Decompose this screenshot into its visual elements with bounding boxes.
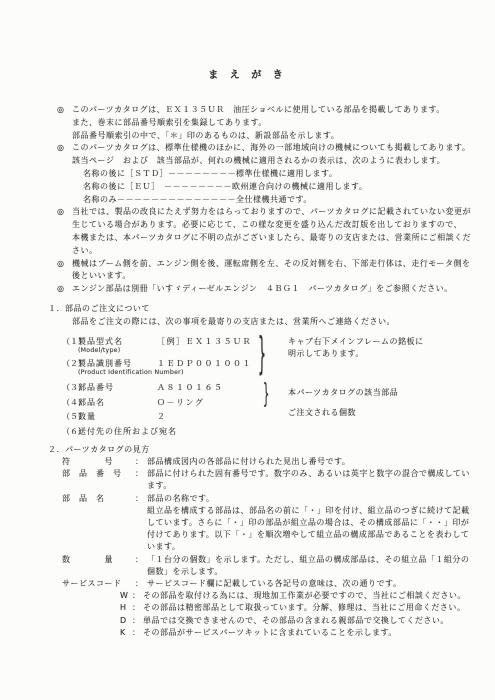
brace-rows-1-2: } <box>258 334 266 377</box>
preface-line: さい。 <box>72 245 479 258</box>
term-label: サービスコード <box>62 578 135 590</box>
order-row-part-number: （３） 部品番号 Ａ８１０１６５ <box>62 381 479 394</box>
preface-line: 部品番号順索引の中で、「＊」印のあるものは、新設部品を示します。 <box>72 130 479 143</box>
order-example-block: （１） 製品型式名 ［例］ＥＸ１３５ＵＲ (Model/type) （２） 製品… <box>62 335 479 433</box>
preface-line: 名称の後に［ＳＴＤ］－－－－－－－－標準仕様機に適用します。 <box>83 168 479 181</box>
bullet-icon: ◎ <box>57 258 72 284</box>
bullet-icon: ◎ <box>57 206 72 257</box>
definition-row-service-code: サービスコード ： サービスコード欄に記載している各記号の意味は、次の通りです。 <box>62 578 479 590</box>
service-code-letter: H <box>120 602 132 614</box>
definition-row-part-number: 部 品 番 号 ： 部品に付けられた固有番号です。数字のみ、あるいは英字と数字の… <box>62 468 479 480</box>
service-code-row-h: H ： その部品は精密部品として取扱っています。分解、修理は、当社にご用命くださ… <box>120 602 479 614</box>
colon: ： <box>132 602 143 614</box>
order-row-quantity: （５） 数量 ２ <box>62 410 479 423</box>
section1-intro: 部品をご注文の際には、次の事項を最寄りの支店または、営業所へご連絡ください。 <box>72 315 479 328</box>
preface-line: 当社では、製品の改良にたえず努力をはらっておりますので、パーツカタログに記載され… <box>72 206 479 219</box>
item-number: （６） <box>62 425 78 438</box>
preface-line: 本機または、本パーツカタログに不明の点がございましたら、最寄りの支店または、営業… <box>72 232 479 245</box>
term-description: 部品構成図内の各部品に付けられた見出し番号です。 <box>147 456 350 468</box>
item-label-en: (Product Identification Number) <box>78 369 479 378</box>
section1-heading: １．部品のご注文について <box>48 302 479 315</box>
service-code-letter: K <box>120 627 132 639</box>
term-label: 部 品 名 <box>62 493 135 505</box>
quantity-note: ご注文される個数 <box>288 407 356 419</box>
item-label: 送付先の住所および宛名 <box>78 425 157 438</box>
service-code-description: その部品を取付ける為には、現地加工作業が必要ですので、当社にご相談ください。 <box>143 590 466 602</box>
page-title: ま え が き <box>0 66 495 81</box>
term-description-cont: 組立品を構成する部品は、部品名の前に「・」印を付け、組立品のつぎに続けて記載 <box>147 505 479 517</box>
section2-heading: ２．パーツカタログの見方 <box>48 443 479 456</box>
item-number: （５） <box>62 410 78 423</box>
item-value: ２ <box>157 410 167 423</box>
order-row-part-name: （４） 部品名 Ｏ－リング <box>62 396 479 409</box>
preface-line: また、巻末に部品番号順索引を集録してあります。 <box>72 117 479 130</box>
service-code-letter: D <box>120 615 132 627</box>
definition-row-part-name: 部 品 名 ： 部品の名称です。 <box>62 493 479 505</box>
preface-bullet: ◎ このパーツカタログは、ＥＸ１３５ＵＲ 油圧ショベルに使用している部品を掲載し… <box>57 104 479 142</box>
item-value: Ａ８１０１６５ <box>157 381 224 394</box>
service-code-row-k: K ： その部品がサービスパーツキットに含まれていることを示します。 <box>120 627 479 639</box>
definition-row-quantity: 数 量 ： 「１台分の個数」を示します。ただし、組立品の構成部品は、その組立品「… <box>62 554 479 566</box>
preface-line: エンジン部品は別冊「いすゞディーゼルエンジン ４ＢＧ１ パーツカタログ」をご参照… <box>72 283 479 296</box>
item-label-en: (Model/type) <box>78 347 479 356</box>
item-label: 部品番号 <box>78 381 157 394</box>
preface-bullet: ◎ 機械はブーム側を前、エンジン側を後、運転席側を左、その反対側を右、下部走行体… <box>57 258 479 284</box>
item-number: （２） <box>62 357 78 370</box>
definition-row-ref-number: 符 号 ： 部品構成図内の各部品に付けられた見出し番号です。 <box>62 456 479 468</box>
term-description-cont: 付けてあります。以下「・」を順次増やして組立品の構成部品であることを表わして <box>147 529 479 541</box>
colon: ： <box>135 493 147 505</box>
item-number: （１） <box>62 335 78 348</box>
colon: ： <box>135 578 147 590</box>
bullet-icon: ◎ <box>57 283 72 296</box>
term-description: 部品に付けられた固有番号です。数字のみ、あるいは英字と数字の混合で構成してい <box>147 468 470 480</box>
term-label: 符 号 <box>62 456 135 468</box>
preface-bullet: ◎ このパーツカタログは、標準仕様機のほかに、海外の一部地域向けの機械についても… <box>57 142 479 206</box>
term-description-cont: 個数」を示します。 <box>147 566 479 578</box>
preface-section: ◎ このパーツカタログは、ＥＸ１３５ＵＲ 油圧ショベルに使用している部品を掲載し… <box>57 104 479 296</box>
item-label: 部品名 <box>78 396 157 409</box>
colon: ： <box>135 468 147 480</box>
preface-line: 該当ページ および 該当部品が、何れの機械に適用されるかの表示は、次のように表わ… <box>72 155 479 168</box>
brace-rows-3-4: } <box>263 381 269 407</box>
preface-line: 機械はブーム側を前、エンジン側を後、運転席側を左、その反対側を右、下部走行体は、… <box>72 258 479 271</box>
preface-line: 後といいます。 <box>72 270 479 283</box>
colon: ： <box>132 627 143 639</box>
term-label: 部 品 番 号 <box>62 468 135 480</box>
item-value: ［例］ＥＸ１３５ＵＲ <box>157 335 252 348</box>
preface-line: 名称の後に［ＥＵ］ －－－－－－－－欧州連合向けの機械に適用します。 <box>83 181 479 194</box>
service-code-description: 単品では交換できませんので、その部品の含まれる親部品で交換してください。 <box>143 615 449 627</box>
colon: ： <box>132 615 143 627</box>
nameplate-note-line2: 明示してあります。 <box>288 348 364 360</box>
definition-list: 符 号 ： 部品構成図内の各部品に付けられた見出し番号です。 部 品 番 号 ：… <box>57 456 479 639</box>
term-description-cont: います。 <box>147 541 479 553</box>
service-code-row-d: D ： 単品では交換できませんので、その部品の含まれる親部品で交換してください。 <box>120 615 479 627</box>
preface-line: 生じている場合があります。必要に応じて、この様な変更を盛り込んだ改訂版を出してお… <box>72 219 479 232</box>
term-label: 数 量 <box>62 554 135 566</box>
term-description-cont: しています。さらに「・」印の部品が組立品の場合は、その構成部品に「・・」印が <box>147 517 479 529</box>
item-number: （４） <box>62 396 78 409</box>
preface-line: このパーツカタログは、標準仕様機のほかに、海外の一部地域向けの機械についても掲載… <box>72 142 479 155</box>
preface-line: このパーツカタログは、ＥＸ１３５ＵＲ 油圧ショベルに使用している部品を掲載してあ… <box>72 104 479 117</box>
preface-line: 名称のみ－－－－－－－－－－－－－－全仕様機共通です。 <box>83 194 479 207</box>
colon: ： <box>135 456 147 468</box>
item-label: 数量 <box>78 410 157 423</box>
term-description-cont: ます。 <box>147 480 479 492</box>
preface-bullet: ◎ エンジン部品は別冊「いすゞディーゼルエンジン ４ＢＧ１ パーツカタログ」をご… <box>57 283 479 296</box>
term-description: 「１台分の個数」を示します。ただし、組立品の構成部品は、その組立品「１組分の <box>147 554 469 566</box>
term-description: 部品の名称です。 <box>147 493 214 505</box>
bullet-icon: ◎ <box>57 104 72 142</box>
service-code-description: その部品は精密部品として取扱っています。分解、修理は、当社にご用命ください。 <box>143 602 465 614</box>
service-code-description: その部品がサービスパーツキットに含まれていることを示します。 <box>143 627 397 639</box>
nameplate-note-line1: キャブ右下メインフレームの銘板に <box>288 336 424 348</box>
order-row-address: （６） 送付先の住所および宛名 <box>62 425 479 438</box>
colon: ： <box>135 554 147 566</box>
catalog-part-note: 本パーツカタログの該当部品 <box>288 387 398 399</box>
page-content: ◎ このパーツカタログは、ＥＸ１３５ＵＲ 油圧ショベルに使用している部品を掲載し… <box>57 104 479 639</box>
term-description: サービスコード欄に記載している各記号の意味は、次の通りです。 <box>147 578 401 590</box>
preface-bullet: ◎ 当社では、製品の改良にたえず努力をはらっておりますので、パーツカタログに記載… <box>57 206 479 257</box>
colon: ： <box>132 590 143 602</box>
service-code-row-w: W ： その部品を取付ける為には、現地加工作業が必要ですので、当社にご相談くださ… <box>120 590 479 602</box>
item-value: Ｏ－リング <box>157 396 204 409</box>
scanned-document-page: ま え が き ◎ このパーツカタログは、ＥＸ１３５ＵＲ 油圧ショベルに使用して… <box>0 0 495 700</box>
bullet-icon: ◎ <box>57 142 72 206</box>
item-number: （３） <box>62 381 78 394</box>
service-code-letter: W <box>120 590 132 602</box>
